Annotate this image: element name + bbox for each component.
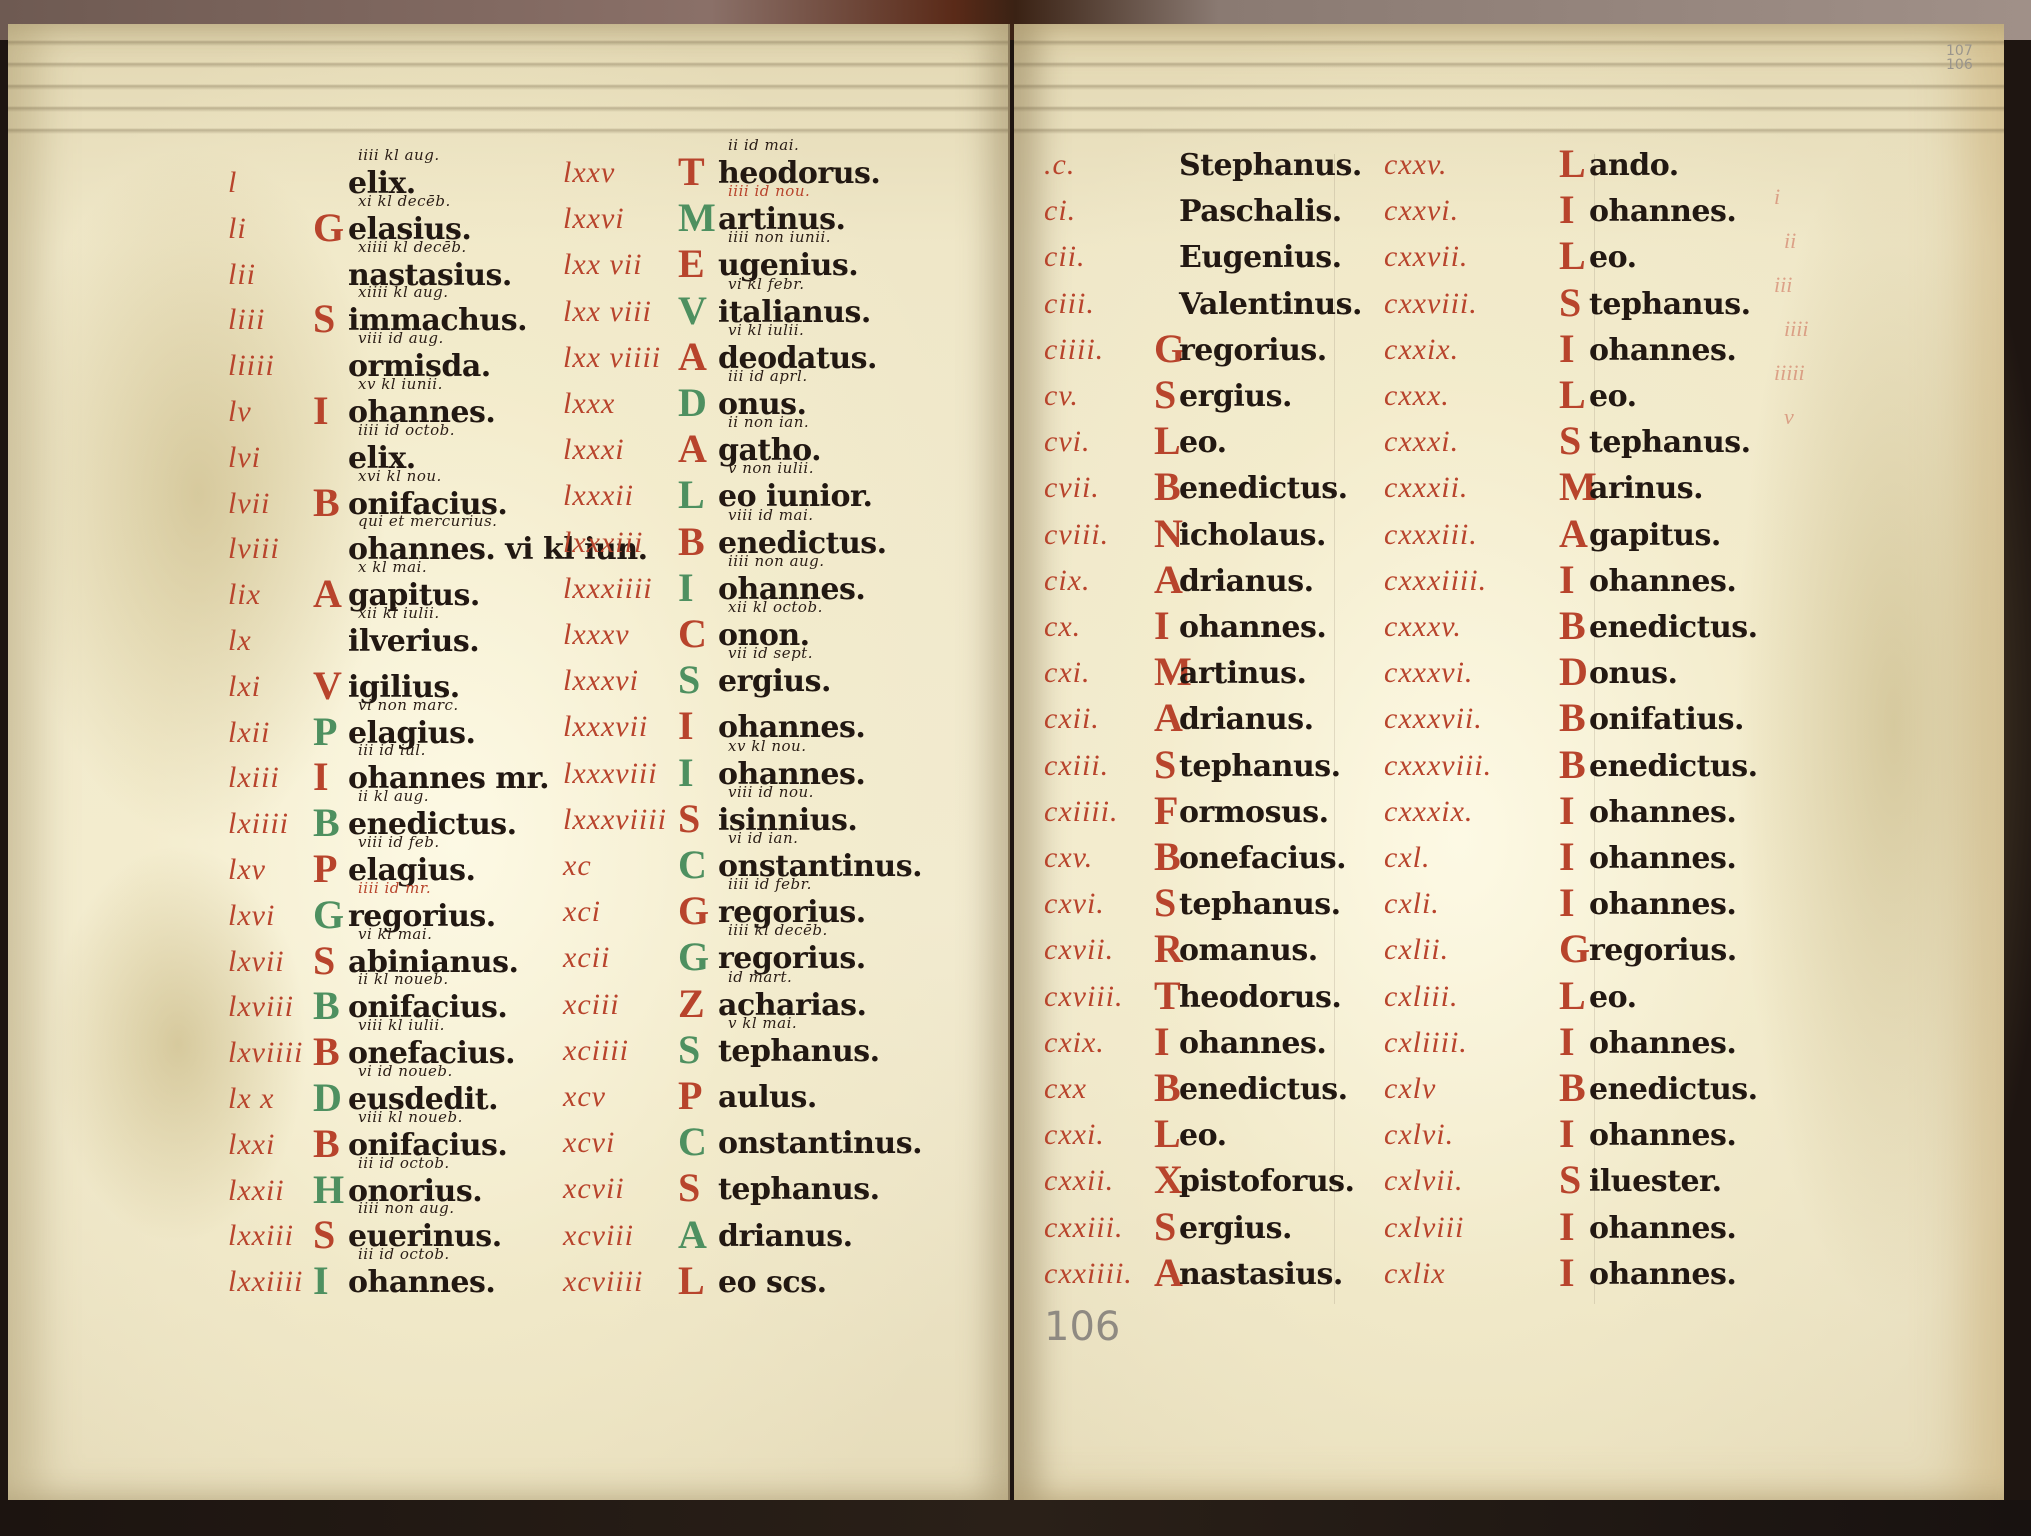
roman-numeral: cxlvii. (1384, 1164, 1463, 1198)
pope-name: enedictus. (1589, 749, 1758, 784)
roman-numeral: li (228, 212, 247, 246)
pope-name: iluester. (1589, 1164, 1722, 1199)
right-page: .c.Stephanus.ci.Paschalis.cii.Eugenius.c… (1014, 24, 2004, 1502)
death-date: iiii non aug. (728, 552, 825, 570)
death-date: iii id aprl. (728, 367, 808, 385)
pope-name: drianus. (718, 1219, 853, 1254)
roman-numeral: lxxxi (563, 433, 625, 467)
pope-name: ohannes. (1589, 1118, 1736, 1153)
death-date: iiii id mr. (358, 879, 431, 897)
roman-numeral: cxxxvi. (1384, 656, 1473, 690)
initial-letter: P (678, 1072, 702, 1119)
initial-letter: B (678, 518, 705, 565)
roman-numeral: ciiii. (1044, 333, 1104, 367)
initial-letter: S (313, 1211, 335, 1258)
initial-letter: D (1559, 648, 1588, 695)
roman-numeral: ci. (1044, 194, 1076, 228)
initial-letter: V (313, 662, 342, 709)
initial-letter: S (678, 656, 700, 703)
roman-numeral: cxxix. (1384, 333, 1459, 367)
roman-numeral: cxxvi. (1384, 194, 1459, 228)
roman-numeral: cxxv. (1384, 148, 1448, 182)
initial-letter: B (313, 1120, 340, 1167)
death-date: ii kl aug. (358, 787, 429, 805)
roman-numeral: cxvi. (1044, 887, 1105, 921)
death-date: v non iulii. (728, 459, 814, 477)
initial-letter: C (678, 841, 707, 888)
pope-name: ohannes. (1589, 1257, 1736, 1292)
roman-numeral: cxlix (1384, 1257, 1446, 1291)
roman-numeral: cxxxix. (1384, 795, 1473, 829)
roman-numeral: liiii (228, 349, 275, 383)
death-date: iiii id febr. (728, 875, 812, 893)
roman-numeral: .c. (1044, 148, 1075, 182)
initial-letter: B (313, 1028, 340, 1075)
roman-numeral: l (228, 166, 237, 200)
pope-name: gapitus. (1589, 518, 1721, 553)
roman-numeral: lxv (228, 853, 266, 887)
initial-letter: B (313, 479, 340, 526)
pope-name: ohannes. (1179, 610, 1326, 645)
roman-numeral: lx (228, 624, 252, 658)
pope-name: pistoforus. (1179, 1164, 1355, 1199)
roman-numeral: cvi. (1044, 425, 1090, 459)
roman-numeral: xciii (563, 988, 620, 1022)
pope-name: tephanus. (718, 1034, 880, 1069)
death-date: xii kl octob. (728, 598, 823, 616)
initial-letter: T (1154, 972, 1181, 1019)
initial-letter: I (678, 749, 694, 796)
initial-letter: G (313, 891, 344, 938)
death-date: vi id ian. (728, 829, 798, 847)
roman-numeral: cxlvi. (1384, 1118, 1454, 1152)
roman-numeral: lix (228, 578, 261, 612)
pope-name: tephanus. (718, 1172, 880, 1207)
roman-numeral: cxxxviii. (1384, 749, 1492, 783)
initial-letter: V (678, 287, 707, 334)
initial-letter: I (1154, 602, 1170, 649)
initial-letter: B (1559, 602, 1586, 649)
death-date: vi kl febr. (728, 275, 805, 293)
pope-name: onstantinus. (718, 1126, 922, 1161)
roman-numeral: cxxvii. (1384, 240, 1468, 274)
roman-numeral: lxxxviii (563, 757, 658, 791)
pope-name: ohannes. (1589, 1211, 1736, 1246)
initial-letter: I (1559, 556, 1575, 603)
roman-numeral: cxxxii. (1384, 471, 1468, 505)
roman-numeral: cxvii. (1044, 933, 1114, 967)
initial-letter: S (1154, 371, 1176, 418)
initial-letter: L (1559, 371, 1586, 418)
roman-numeral: cxliiii. (1384, 1026, 1468, 1060)
death-date: iii id octob. (358, 1154, 450, 1172)
initial-letter: S (678, 1026, 700, 1073)
death-date: vi kl mai. (358, 925, 432, 943)
death-date: viii kl iulii. (358, 1016, 445, 1034)
roman-numeral: lxxxiiii (563, 572, 653, 606)
initial-letter: A (678, 333, 707, 380)
pope-name: eo. (1589, 240, 1637, 275)
roman-numeral: lxviii (228, 990, 294, 1024)
pope-name: ohannes. (1589, 194, 1736, 229)
death-date: v kl mai. (728, 1014, 797, 1032)
left-page: lelix.iiii kl aug.liGelasius.xi kl decēb… (8, 24, 1010, 1502)
faint-numeral: iiiii (1774, 360, 1805, 386)
roman-numeral: cxi. (1044, 656, 1090, 690)
pope-name: ohannes. (1589, 841, 1736, 876)
death-date: xv kl nou. (728, 737, 806, 755)
initial-letter: L (1559, 972, 1586, 1019)
faint-numeral: iii (1774, 272, 1792, 298)
pope-name: enedictus. (1179, 471, 1348, 506)
stain (1734, 124, 2031, 1324)
pope-name: icholaus. (1179, 518, 1326, 553)
death-date: viii id aug. (358, 329, 444, 347)
death-date: iiii non iunii. (728, 228, 831, 246)
initial-letter: G (1559, 925, 1590, 972)
initial-letter: P (313, 708, 337, 755)
pope-name: ohannes. (1179, 1026, 1326, 1061)
roman-numeral: lxxii (228, 1174, 285, 1208)
corner-foliation: 107 106 (1946, 44, 1973, 72)
initial-letter: C (678, 1118, 707, 1165)
roman-numeral: cxiii. (1044, 749, 1109, 783)
death-date: xiiii kl aug. (358, 283, 449, 301)
roman-numeral: lxxxiii (563, 526, 643, 560)
roman-numeral: xci (563, 895, 601, 929)
pope-name: ohannes. (1589, 333, 1736, 368)
roman-numeral: cxxxi. (1384, 425, 1459, 459)
death-date: viii id nou. (728, 783, 814, 801)
death-date: viii id feb. (358, 833, 440, 851)
roman-numeral: lxxxvii (563, 710, 648, 744)
pope-name: eo. (1589, 980, 1637, 1015)
death-date: iiii kl aug. (358, 146, 440, 164)
initial-letter: I (1559, 1249, 1575, 1296)
roman-numeral: lvi (228, 441, 261, 475)
roman-numeral: lxxx (563, 387, 615, 421)
initial-letter: D (313, 1074, 342, 1121)
initial-letter: L (678, 1257, 705, 1304)
roman-numeral: xciiii (563, 1034, 629, 1068)
roman-numeral: cxliii. (1384, 980, 1458, 1014)
roman-numeral: lxxxviiii (563, 803, 667, 837)
ruling-line (1334, 154, 1335, 1304)
roman-numeral: xcii (563, 941, 610, 975)
initial-letter: P (313, 845, 337, 892)
roman-numeral: cxlii. (1384, 933, 1449, 967)
pope-name: eo scs. (718, 1265, 827, 1300)
pope-name: ohannes. (1589, 1026, 1736, 1061)
pope-name: ilverius. (348, 624, 479, 659)
initial-letter: B (1559, 741, 1586, 788)
roman-numeral: cxxii. (1044, 1164, 1114, 1198)
roman-numeral: xcviii (563, 1219, 634, 1253)
roman-numeral: cxxviii. (1384, 287, 1478, 321)
pope-name: heodorus. (1179, 980, 1341, 1015)
roman-numeral: cxiiii. (1044, 795, 1118, 829)
initial-letter: D (678, 379, 707, 426)
initial-letter: I (1559, 787, 1575, 834)
initial-letter: I (1559, 186, 1575, 233)
initial-letter: M (678, 194, 716, 241)
initial-letter: S (1559, 417, 1581, 464)
initial-letter: H (313, 1166, 344, 1213)
initial-letter: L (678, 471, 705, 518)
initial-letter: B (313, 799, 340, 846)
pope-name: onefacius. (1179, 841, 1346, 876)
initial-letter: S (313, 295, 335, 342)
roman-numeral: cxviii. (1044, 980, 1123, 1014)
roman-numeral: lx x (228, 1082, 274, 1116)
roman-numeral: lxvi (228, 899, 275, 933)
pope-name: onus. (1589, 656, 1677, 691)
death-date: vi non marc. (358, 696, 459, 714)
roman-numeral: lxxiiii (228, 1265, 303, 1299)
initial-letter: S (1559, 1156, 1581, 1203)
roman-numeral: cxxi. (1044, 1118, 1105, 1152)
initial-letter: I (1559, 1110, 1575, 1157)
initial-letter: I (1559, 833, 1575, 880)
initial-letter: Z (678, 980, 705, 1027)
roman-numeral: lxx viii (563, 295, 652, 329)
roman-numeral: lviii (228, 532, 280, 566)
roman-numeral: lxvii (228, 945, 285, 979)
roman-numeral: cxxiii. (1044, 1211, 1123, 1245)
initial-letter: B (1559, 1064, 1586, 1111)
initial-letter: G (313, 204, 344, 251)
pope-name: ormosus. (1179, 795, 1329, 830)
pope-name: Eugenius. (1179, 240, 1342, 275)
roman-numeral: cxlv (1384, 1072, 1436, 1106)
pope-name: ohannes. (1589, 564, 1736, 599)
initial-letter: I (1154, 1018, 1170, 1065)
roman-numeral: cxl. (1384, 841, 1430, 875)
pope-name: tephanus. (1589, 287, 1751, 322)
pope-name: omanus. (1179, 933, 1318, 968)
roman-numeral: lxviiii (228, 1036, 303, 1070)
roman-numeral: cxxx. (1384, 379, 1450, 413)
roman-numeral: cviii. (1044, 518, 1109, 552)
page-fold-lines (1014, 24, 2004, 134)
initial-letter: I (1559, 325, 1575, 372)
pope-name: tephanus. (1179, 749, 1341, 784)
death-date: x kl mai. (358, 558, 427, 576)
pope-name: enedictus. (1589, 1072, 1758, 1107)
initial-letter: I (1559, 1203, 1575, 1250)
death-date: iiii kl decēb. (728, 921, 828, 939)
pope-name: ando. (1589, 148, 1679, 183)
roman-numeral: lxxxii (563, 479, 634, 513)
roman-numeral: cxv. (1044, 841, 1093, 875)
initial-letter: L (1154, 417, 1181, 464)
pope-name: ohannes. (1589, 887, 1736, 922)
pope-name: drianus. (1179, 702, 1314, 737)
death-date: viii id mai. (728, 506, 814, 524)
roman-numeral: xcviiii (563, 1265, 643, 1299)
pope-name: drianus. (1179, 564, 1314, 599)
roman-numeral: lxii (228, 716, 270, 750)
pope-name: regorius. (1179, 333, 1327, 368)
roman-numeral: lxiiii (228, 807, 289, 841)
pope-name: ohannes. (1589, 795, 1736, 830)
roman-numeral: lxxiii (228, 1219, 294, 1253)
roman-numeral: lii (228, 258, 256, 292)
initial-letter: S (313, 937, 335, 984)
roman-numeral: cxxxvii. (1384, 702, 1483, 736)
roman-numeral: cxxxiiii. (1384, 564, 1487, 598)
book-bottom-edge (0, 1500, 2031, 1536)
initial-letter: E (678, 240, 705, 287)
death-date: ii kl noueb. (358, 970, 449, 988)
roman-numeral: cxx (1044, 1072, 1087, 1106)
death-date: vii id sept. (728, 644, 813, 662)
initial-letter: S (1154, 879, 1176, 926)
roman-numeral: xc (563, 849, 592, 883)
initial-letter: A (313, 570, 342, 617)
death-date: xii kl iulii. (358, 604, 440, 622)
roman-numeral: cx. (1044, 610, 1081, 644)
death-date: iiii id nou. (728, 182, 810, 200)
death-date: xi kl decēb. (358, 192, 451, 210)
initial-letter: B (1559, 694, 1586, 741)
pope-name: enedictus. (1589, 610, 1758, 645)
death-date: iii id iul. (358, 741, 426, 759)
pope-name: arinus. (1589, 471, 1703, 506)
initial-letter: S (1154, 741, 1176, 788)
initial-letter: I (1559, 1018, 1575, 1065)
roman-numeral: cxxxv. (1384, 610, 1462, 644)
initial-letter: B (1154, 1064, 1181, 1111)
roman-numeral: lxxxv (563, 618, 630, 652)
roman-numeral: cxli. (1384, 887, 1440, 921)
death-date: iiii non aug. (358, 1199, 455, 1217)
page-fold-lines (8, 24, 1008, 134)
death-date: iii id octob. (358, 1245, 450, 1263)
faint-numeral: ii (1784, 228, 1796, 254)
initial-letter: F (1154, 787, 1178, 834)
initial-letter: I (313, 753, 329, 800)
roman-numeral: cvii. (1044, 471, 1100, 505)
death-date: vi id noueb. (358, 1062, 453, 1080)
pope-name: regorius. (1589, 933, 1737, 968)
roman-numeral: lxxvi (563, 202, 625, 236)
initial-letter: L (1559, 140, 1586, 187)
initial-letter: I (313, 387, 329, 434)
death-date: ii id mai. (728, 136, 799, 154)
roman-numeral: xcvi (563, 1126, 615, 1160)
death-date: iiii id octob. (358, 421, 455, 439)
roman-numeral: lxxv (563, 156, 615, 190)
initial-letter: S (1559, 279, 1581, 326)
roman-numeral: lxx viiii (563, 341, 661, 375)
roman-numeral: cv. (1044, 379, 1079, 413)
pope-name: aulus. (718, 1080, 817, 1115)
initial-letter: A (1559, 510, 1588, 557)
pope-name: enedictus. (1179, 1072, 1348, 1107)
page-number: 106 (1044, 1304, 1120, 1350)
pope-name: Stephanus. (1179, 148, 1362, 183)
death-date: id mart. (728, 968, 792, 986)
pope-name: tephanus. (1589, 425, 1751, 460)
initial-letter: B (1154, 833, 1181, 880)
roman-numeral: lxxi (228, 1128, 275, 1162)
roman-numeral: cix. (1044, 564, 1090, 598)
roman-numeral: lxxxvi (563, 664, 639, 698)
pope-name: ohannes. (348, 1265, 495, 1300)
roman-numeral: xcv (563, 1080, 606, 1114)
initial-letter: A (678, 1211, 707, 1258)
pope-name: ergius. (718, 664, 831, 699)
death-date: xiiii kl decēb. (358, 238, 467, 256)
roman-numeral: lvii (228, 487, 270, 521)
pope-name: eo. (1179, 1118, 1227, 1153)
pope-name: onifatius. (1589, 702, 1744, 737)
faint-numeral: i (1774, 184, 1780, 210)
pope-name: Paschalis. (1179, 194, 1342, 229)
pope-name: eo. (1179, 425, 1227, 460)
roman-numeral: ciii. (1044, 287, 1095, 321)
roman-numeral: liii (228, 303, 265, 337)
roman-numeral: cxxxiii. (1384, 518, 1478, 552)
initial-letter: S (678, 1164, 700, 1211)
initial-letter: T (678, 148, 705, 195)
death-date: vi kl iulii. (728, 321, 804, 339)
initial-letter: C (678, 610, 707, 657)
roman-numeral: lv (228, 395, 252, 429)
pope-name: tephanus. (1179, 887, 1341, 922)
pope-name: ergius. (1179, 379, 1292, 414)
initial-letter: L (1154, 1110, 1181, 1157)
roman-numeral: lxi (228, 670, 261, 704)
initial-letter: L (1559, 232, 1586, 279)
pope-name: Valentinus. (1179, 287, 1362, 322)
pope-name: eo. (1589, 379, 1637, 414)
initial-letter: B (313, 982, 340, 1029)
death-date: qui et mercurius. (358, 512, 497, 530)
roman-numeral: cxii. (1044, 702, 1100, 736)
death-date: xv kl iunii. (358, 375, 443, 393)
roman-numeral: xcvii (563, 1172, 625, 1206)
roman-numeral: lxx vii (563, 248, 642, 282)
initial-letter: G (678, 933, 709, 980)
initial-letter: I (678, 564, 694, 611)
initial-letter: B (1154, 463, 1181, 510)
initial-letter: I (313, 1257, 329, 1304)
pope-name: nastasius. (1179, 1257, 1343, 1292)
initial-letter: A (678, 425, 707, 472)
pope-name: ergius. (1179, 1211, 1292, 1246)
initial-letter: S (678, 795, 700, 842)
roman-numeral: lxiii (228, 761, 280, 795)
initial-letter: G (678, 887, 709, 934)
roman-numeral: cxix. (1044, 1026, 1105, 1060)
initial-letter: I (678, 702, 694, 749)
death-date: xvi kl nou. (358, 467, 442, 485)
roman-numeral: cxxiiii. (1044, 1257, 1133, 1291)
faint-numeral: v (1784, 404, 1794, 430)
pope-name: artinus. (1179, 656, 1306, 691)
roman-numeral: cii. (1044, 240, 1086, 274)
death-date: ii non ian. (728, 413, 809, 431)
initial-letter: I (1559, 879, 1575, 926)
roman-numeral: cxlviii (1384, 1211, 1464, 1245)
death-date: viii kl noueb. (358, 1108, 463, 1126)
faint-numeral: iiii (1784, 316, 1808, 342)
initial-letter: S (1154, 1203, 1176, 1250)
